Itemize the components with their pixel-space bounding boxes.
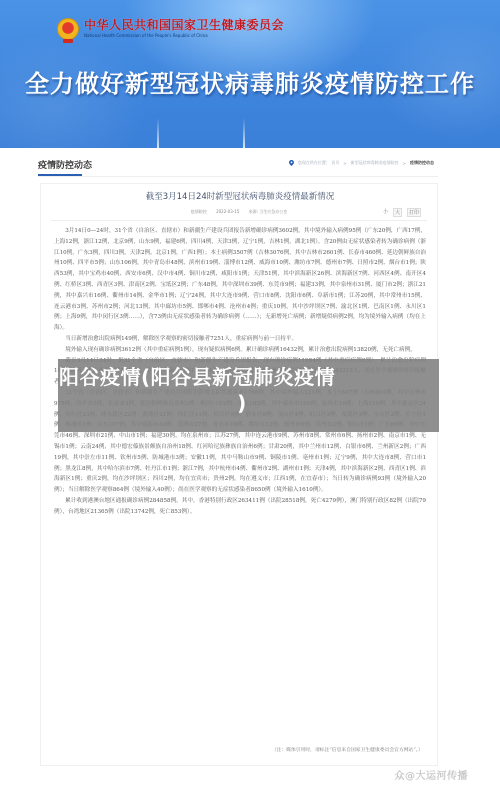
org-name-cn: 中华人民共和国国家卫生健康委员会: [84, 18, 284, 32]
font-large-button[interactable]: 大: [393, 208, 402, 217]
article-meta-row: 疫情防控 2022-03-15 来源: 卫生应急办公室 小 大 打印: [51, 207, 427, 221]
location-pin-icon: [289, 160, 294, 166]
breadcrumb-current[interactable]: 疫情防控动态: [410, 160, 434, 166]
meta-origin: 来源: 卫生应急办公室: [249, 209, 288, 214]
breadcrumb-prefix: 您现在所在位置:: [298, 160, 327, 166]
overlay-title: 阳谷疫情(阳谷县新冠肺炎疫情 ): [58, 364, 439, 416]
national-emblem-icon: [57, 18, 79, 40]
banner-slogan: 全力做好新型冠状病毒肺炎疫情防控工作: [0, 64, 500, 99]
paragraph-imported: 境外输入现有确诊病例3612例（其中重症病例1例），现有疑似病例6例。累计确诊病…: [54, 345, 426, 356]
article-title: 截至3月14日24时新型冠状病毒肺炎疫情最新情况: [41, 190, 439, 202]
paragraph-new-cases: 3月14日0—24时，31个省（自治区、直辖市）和新疆生产建设兵团报告新增确诊病…: [54, 226, 426, 334]
meta-source-label: 疫情防控: [191, 209, 207, 214]
breadcrumb-covid-prevention[interactable]: 新型冠状病毒肺炎疫情防控: [351, 160, 399, 166]
font-small-button[interactable]: 小: [383, 208, 388, 217]
article-footnote: （注：媒体引用时，请标注“信息来自国家卫生健康委员会官方网站”。）: [272, 746, 423, 753]
section-header: 疫情防控动态 您现在所在位置: 首页 > 新型冠状病毒肺炎疫情防控 > 疫情防控…: [38, 155, 438, 177]
article-meta: 疫情防控 2022-03-15 来源: 卫生应急办公室: [51, 209, 427, 215]
breadcrumb-home[interactable]: 首页: [331, 160, 339, 166]
breadcrumb: 您现在所在位置: 首页 > 新型冠状病毒肺炎疫情防控 > 疫情防控动态: [289, 160, 438, 166]
section-title: 疫情防控动态: [38, 158, 92, 171]
print-button[interactable]: 打印: [407, 208, 421, 217]
overlay-title-line2: ): [59, 390, 439, 416]
font-size-controls: 小 大 打印: [378, 208, 421, 217]
breadcrumb-separator: >: [403, 161, 406, 166]
paragraph-hk-macao-taiwan: 累计收到港澳台地区通报确诊病例284858例。其中，香港特别行政区263411例…: [54, 496, 426, 518]
light-streak: [157, 118, 159, 148]
light-streak: [243, 118, 245, 148]
site-logo[interactable]: 中华人民共和国国家卫生健康委员会 National Health Commiss…: [57, 18, 284, 40]
header-banner: 中华人民共和国国家卫生健康委员会 National Health Commiss…: [0, 0, 500, 148]
meta-date: 2022-03-15: [216, 209, 239, 214]
article-card: 截至3月14日24时新型冠状病毒肺炎疫情最新情况 疫情防控 2022-03-15…: [40, 183, 438, 766]
paragraph-recoveries: 当日新增治愈出院病例149例，解除医学观察的密切接触者7251人，重症病例与前一…: [54, 334, 426, 345]
watermark: 众@大运河传播: [395, 767, 469, 782]
caption-overlay: 阳谷疫情(阳谷县新冠肺炎疫情 ): [58, 359, 439, 432]
breadcrumb-separator: >: [343, 161, 346, 166]
org-name-en: National Health Commission of the People…: [84, 33, 284, 39]
overlay-title-line1: 阳谷疫情(阳谷县新冠肺炎疫情: [59, 364, 439, 390]
